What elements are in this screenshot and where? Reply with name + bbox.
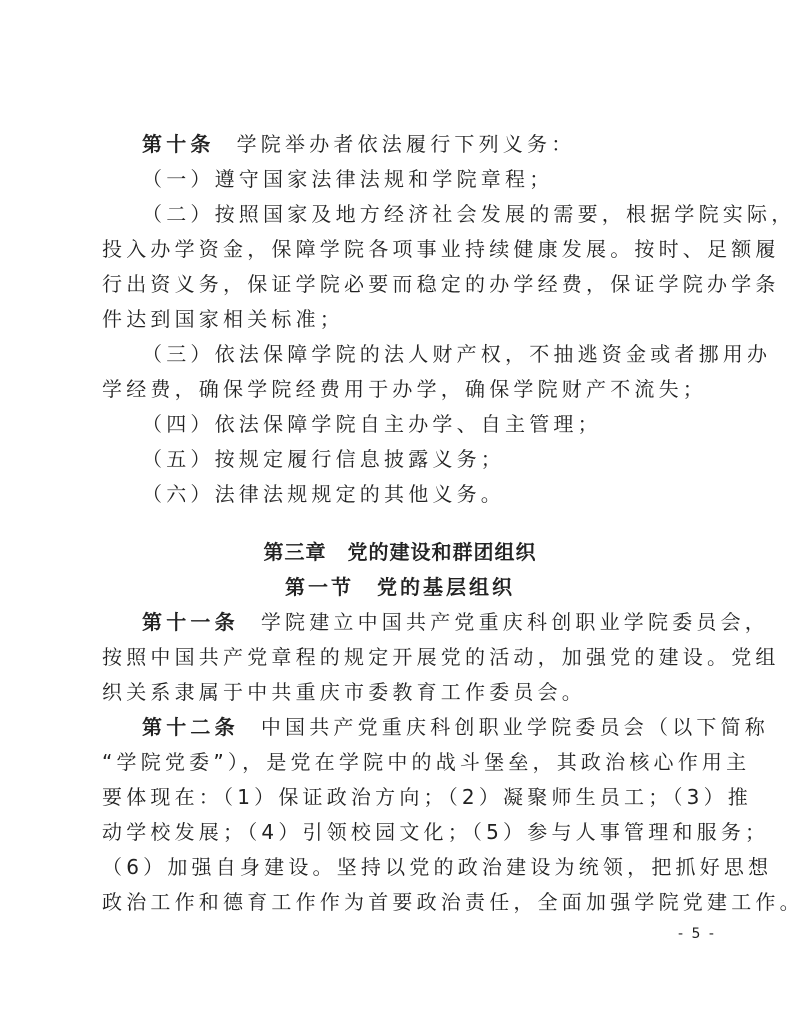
paragraph-line: （6）加强自身建设。坚持以党的政治建设为统领，把抓好思想 — [102, 855, 722, 879]
section-title: 第一节 党的基层组织 — [0, 575, 800, 599]
article-label: 第十一条 — [142, 610, 239, 634]
article-text: 学院举办者依法履行下列义务： — [237, 132, 576, 156]
article-label: 第十二条 — [142, 715, 239, 739]
article-10-heading: 第十条学院举办者依法履行下列义务： — [142, 132, 762, 156]
page-number: - 5 - — [678, 926, 716, 942]
article-11-heading: 第十一条学院建立中国共产党重庆科创职业学院委员会， — [142, 610, 762, 634]
paragraph-line: 要体现在：（1）保证政治方向；（2）凝聚师生员工；（3）推 — [102, 785, 722, 809]
paragraph-line: 件达到国家相关标准； — [102, 307, 722, 331]
paragraph-line: （二）按照国家及地方经济社会发展的需要，根据学院实际， — [142, 202, 762, 226]
article-text: 学院建立中国共产党重庆科创职业学院委员会， — [261, 610, 769, 634]
paragraph-line: 学经费，确保学院经费用于办学，确保学院财产不流失； — [102, 377, 722, 401]
paragraph-line: 行出资义务，保证学院必要而稳定的办学经费，保证学院办学条 — [102, 272, 722, 296]
chapter-title: 第三章 党的建设和群团组织 — [0, 540, 800, 564]
article-12-heading: 第十二条中国共产党重庆科创职业学院委员会（以下简称 — [142, 715, 762, 739]
paragraph-line: 投入办学资金，保障学院各项事业持续健康发展。按时、足额履 — [102, 237, 722, 261]
paragraph-line: 按照中国共产党章程的规定开展党的活动，加强党的建设。党组 — [102, 645, 722, 669]
article-label: 第十条 — [142, 132, 215, 156]
paragraph-line: （四）依法保障学院自主办学、自主管理； — [142, 412, 762, 436]
paragraph-line: （六）法律法规规定的其他义务。 — [142, 482, 762, 506]
paragraph-line: （三）依法保障学院的法人财产权，不抽逃资金或者挪用办 — [142, 342, 762, 366]
article-text: 中国共产党重庆科创职业学院委员会（以下简称 — [261, 715, 769, 739]
paragraph-line: 织关系隶属于中共重庆市委教育工作委员会。 — [102, 680, 722, 704]
paragraph-line: “学院党委”），是党在学院中的战斗堡垒，其政治核心作用主 — [102, 750, 722, 774]
paragraph-line: （五）按规定履行信息披露义务； — [142, 447, 762, 471]
document-page: 第十条学院举办者依法履行下列义务： （一）遵守国家法律法规和学院章程； （二）按… — [0, 0, 800, 1021]
paragraph-line: 政治工作和德育工作作为首要政治责任，全面加强学院党建工作。 — [102, 890, 722, 914]
paragraph-line: （一）遵守国家法律法规和学院章程； — [142, 167, 762, 191]
paragraph-line: 动学校发展；（4）引领校园文化；（5）参与人事管理和服务； — [102, 820, 722, 844]
